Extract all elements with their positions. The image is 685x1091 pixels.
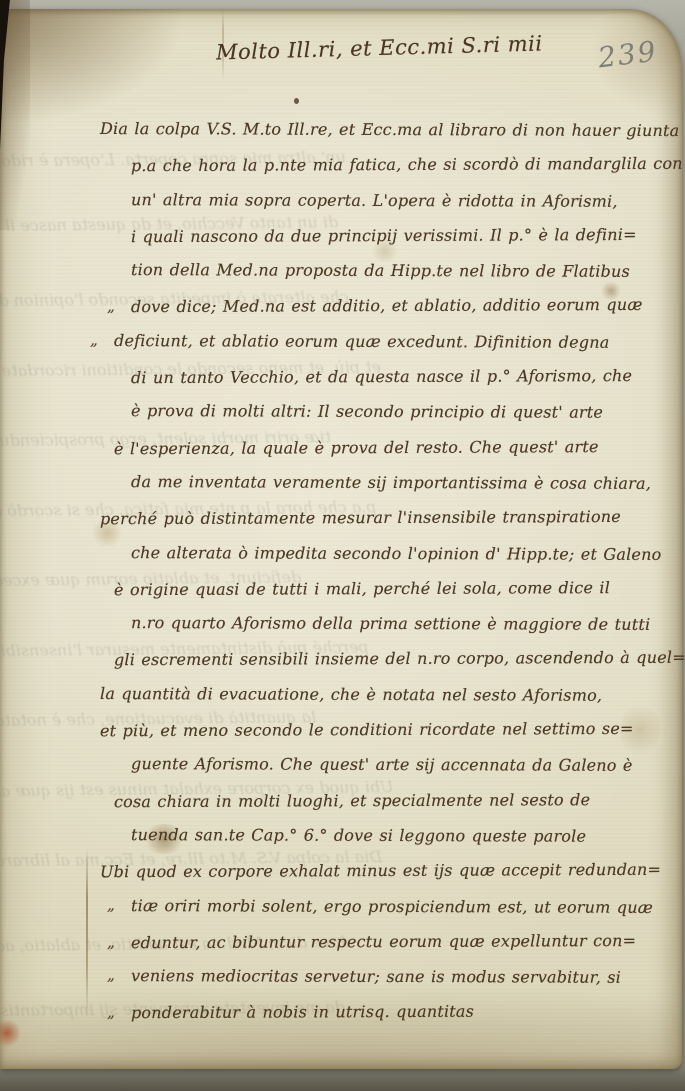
line-text: p.a che hora la p.nte mia fatica, che si… <box>131 154 683 175</box>
manuscript-line: n.ro quarto Aforismo della prima settion… <box>131 613 666 650</box>
manuscript-line: Dia la colpa V.S. M.to Ill.re, et Ecc.ma… <box>100 119 666 156</box>
margin-quote-mark: „ <box>107 298 115 316</box>
line-text: guente Aforismo. Che quest' arte sij acc… <box>131 754 633 775</box>
manuscript-line: da me inventata veramente sij importanti… <box>131 472 666 509</box>
manuscript-line: guente Aforismo. Che quest' arte sij acc… <box>131 754 666 791</box>
manuscript-line: è l'esperienza, la quale è prova del res… <box>114 436 666 474</box>
manuscript-line: „ tiæ oriri morbi solent, ergo prospicie… <box>131 896 666 933</box>
manuscript-scan: un' altra mia sopra coperta. L'opera è r… <box>0 0 685 1091</box>
line-text: deficiunt, et ablatio eorum quæ excedunt… <box>114 331 610 352</box>
manuscript-line: gli escrementi sensibili insieme del n.r… <box>114 648 666 686</box>
line-text: cosa chiara in molti luoghi, et specialm… <box>114 790 590 811</box>
line-text: la quantità di evacuatione, che è notata… <box>100 684 602 705</box>
manuscript-line: perché può distintamente mesurar l'insen… <box>100 507 666 545</box>
manuscript-line: „ dove dice; Med.na est additio, et abla… <box>131 295 666 333</box>
manuscript-line: „ ponderabitur à nobis in utrisq. quanti… <box>131 1001 666 1039</box>
manuscript-line: „ veniens mediocritas servetur; sane is … <box>131 966 666 1003</box>
line-text: gli escrementi sensibili insieme del n.r… <box>114 648 685 669</box>
margin-quote-mark: „ <box>107 1004 115 1022</box>
manuscript-line: i quali nascono da due principij verissi… <box>131 225 666 263</box>
margin-quote-mark: „ <box>107 933 115 951</box>
manuscript-line: è origine quasi de tutti i mali, perché … <box>114 578 666 616</box>
page-bottom-edge-shadow <box>0 1065 685 1091</box>
line-text: et più, et meno secondo le conditioni ri… <box>100 719 634 740</box>
manuscript-line: tuenda san.te Cap.° 6.° dove si leggono … <box>131 825 666 862</box>
manuscript-line: tion della Med.na proposta da Hipp.te ne… <box>131 260 666 297</box>
manuscript-line: Ubi quod ex corpore exhalat minus est ij… <box>100 860 666 898</box>
manuscript-line: la quantità di evacuatione, che è notata… <box>100 684 666 721</box>
line-text: che alterata ò impedita secondo l'opinio… <box>131 543 661 564</box>
line-text: dove dice; Med.na est additio, et ablati… <box>131 295 643 316</box>
salutation-flourish-dot <box>294 98 299 104</box>
manuscript-line: un' altra mia sopra coperta. L'opera è r… <box>131 190 666 227</box>
manuscript-line: è prova di molti altri: Il secondo princ… <box>131 401 666 438</box>
line-text: i quali nascono da due principij verissi… <box>131 225 637 246</box>
line-text: tiæ oriri morbi solent, ergo prospiciend… <box>131 896 653 917</box>
line-text: tuenda san.te Cap.° 6.° dove si leggono … <box>131 825 586 846</box>
line-text: è origine quasi de tutti i mali, perché … <box>114 578 610 599</box>
line-text: veniens mediocritas servetur; sane is mo… <box>131 966 621 987</box>
line-text: Dia la colpa V.S. M.to Ill.re, et Ecc.ma… <box>100 119 679 140</box>
line-text: n.ro quarto Aforismo della prima settion… <box>131 613 650 634</box>
line-text: è prova di molti altri: Il secondo princ… <box>131 401 603 422</box>
manuscript-line: p.a che hora la p.nte mia fatica, che si… <box>131 154 666 192</box>
manuscript-line: che alterata ò impedita secondo l'opinio… <box>131 543 666 580</box>
manuscript-line: di un tanto Vecchio, et da questa nasce … <box>131 366 666 404</box>
manuscript-line: et più, et meno secondo le conditioni ri… <box>100 719 666 757</box>
line-text: Ubi quod ex corpore exhalat minus est ij… <box>100 860 661 881</box>
line-text: perché può distintamente mesurar l'insen… <box>100 507 621 528</box>
line-text: da me inventata veramente sij importanti… <box>131 472 651 493</box>
manuscript-line: „ eduntur, ac bibuntur respectu eorum qu… <box>131 931 666 969</box>
manuscript-line: „ deficiunt, et ablatio eorum quæ excedu… <box>114 331 666 368</box>
manuscript-line: cosa chiara in molti luoghi, et specialm… <box>114 789 666 827</box>
margin-quote-mark: „ <box>90 331 98 349</box>
line-text: eduntur, ac bibuntur respectu eorum quæ … <box>131 931 636 952</box>
line-text: è l'esperienza, la quale è prova del res… <box>114 437 599 458</box>
margin-quote-mark: „ <box>107 966 115 984</box>
line-text: un' altra mia sopra coperta. L'opera è r… <box>131 190 618 211</box>
line-text: ponderabitur à nobis in utrisq. quantita… <box>131 1002 474 1022</box>
line-text: di un tanto Vecchio, et da questa nasce … <box>131 366 632 387</box>
line-text: tion della Med.na proposta da Hipp.te ne… <box>131 260 630 281</box>
margin-quote-mark: „ <box>107 896 115 914</box>
text-body: Dia la colpa V.S. M.to Ill.re, et Ecc.ma… <box>100 120 666 1038</box>
